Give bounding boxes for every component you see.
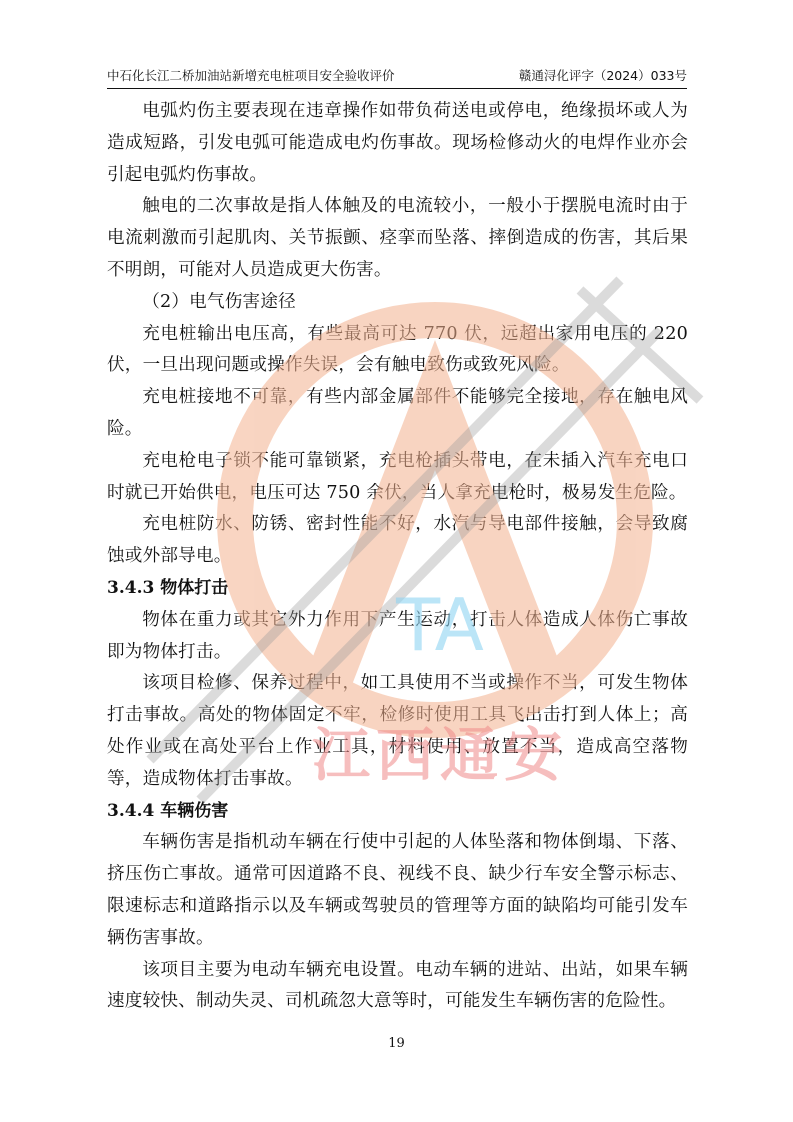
paragraph: 物体在重力或其它外力作用下产生运动，打击人体造成人体伤亡事故即为物体打击。 (107, 605, 688, 669)
paragraph: 车辆伤害是指机动车辆在行使中引起的人体坠落和物体倒塌、下落、挤压伤亡事故。通常可… (107, 827, 688, 954)
paragraph: 电弧灼伤主要表现在违章操作如带负荷送电或停电，绝缘损坏或人为造成短路，引发电弧可… (107, 96, 688, 191)
paragraph: 充电枪电子锁不能可靠锁紧，充电枪插头带电，在未插入汽车充电口时就已开始供电，电压… (107, 446, 688, 510)
paragraph: 该项目检修、保养过程中，如工具使用不当或操作不当，可发生物体打击事故。高处的物体… (107, 668, 688, 795)
header-title: 中石化长江二桥加油站新增充电桩项目安全验收评价 (107, 66, 395, 86)
section-heading: 3.4.4 车辆伤害 (107, 796, 688, 828)
paragraph: 触电的二次事故是指人体触及的电流较小，一般小于摆脱电流时由于电流刺激而引起肌肉、… (107, 191, 688, 286)
paragraph: 充电桩接地不可靠，有些内部金属部件不能够完全接地，存在触电风险。 (107, 382, 688, 446)
page-body: 电弧灼伤主要表现在违章操作如带负荷送电或停电，绝缘损坏或人为造成短路，引发电弧可… (107, 96, 688, 1018)
section-heading: 3.4.3 物体打击 (107, 573, 688, 605)
subsection-label: （2）电气伤害途径 (107, 287, 688, 319)
header-doc-number: 赣通浔化评字（2024）033号 (519, 66, 687, 86)
paragraph: 该项目主要为电动车辆充电设置。电动车辆的进站、出站，如果车辆速度较快、制动失灵、… (107, 955, 688, 1019)
paragraph: 充电桩防水、防锈、密封性能不好，水汽与导电部件接触，会导致腐蚀或外部导电。 (107, 509, 688, 573)
page-header: 中石化长江二桥加油站新增充电桩项目安全验收评价 赣通浔化评字（2024）033号 (107, 66, 687, 89)
page-number: 19 (0, 1036, 793, 1051)
paragraph: 充电桩输出电压高，有些最高可达 770 伏，远超出家用电压的 220 伏，一旦出… (107, 319, 688, 383)
